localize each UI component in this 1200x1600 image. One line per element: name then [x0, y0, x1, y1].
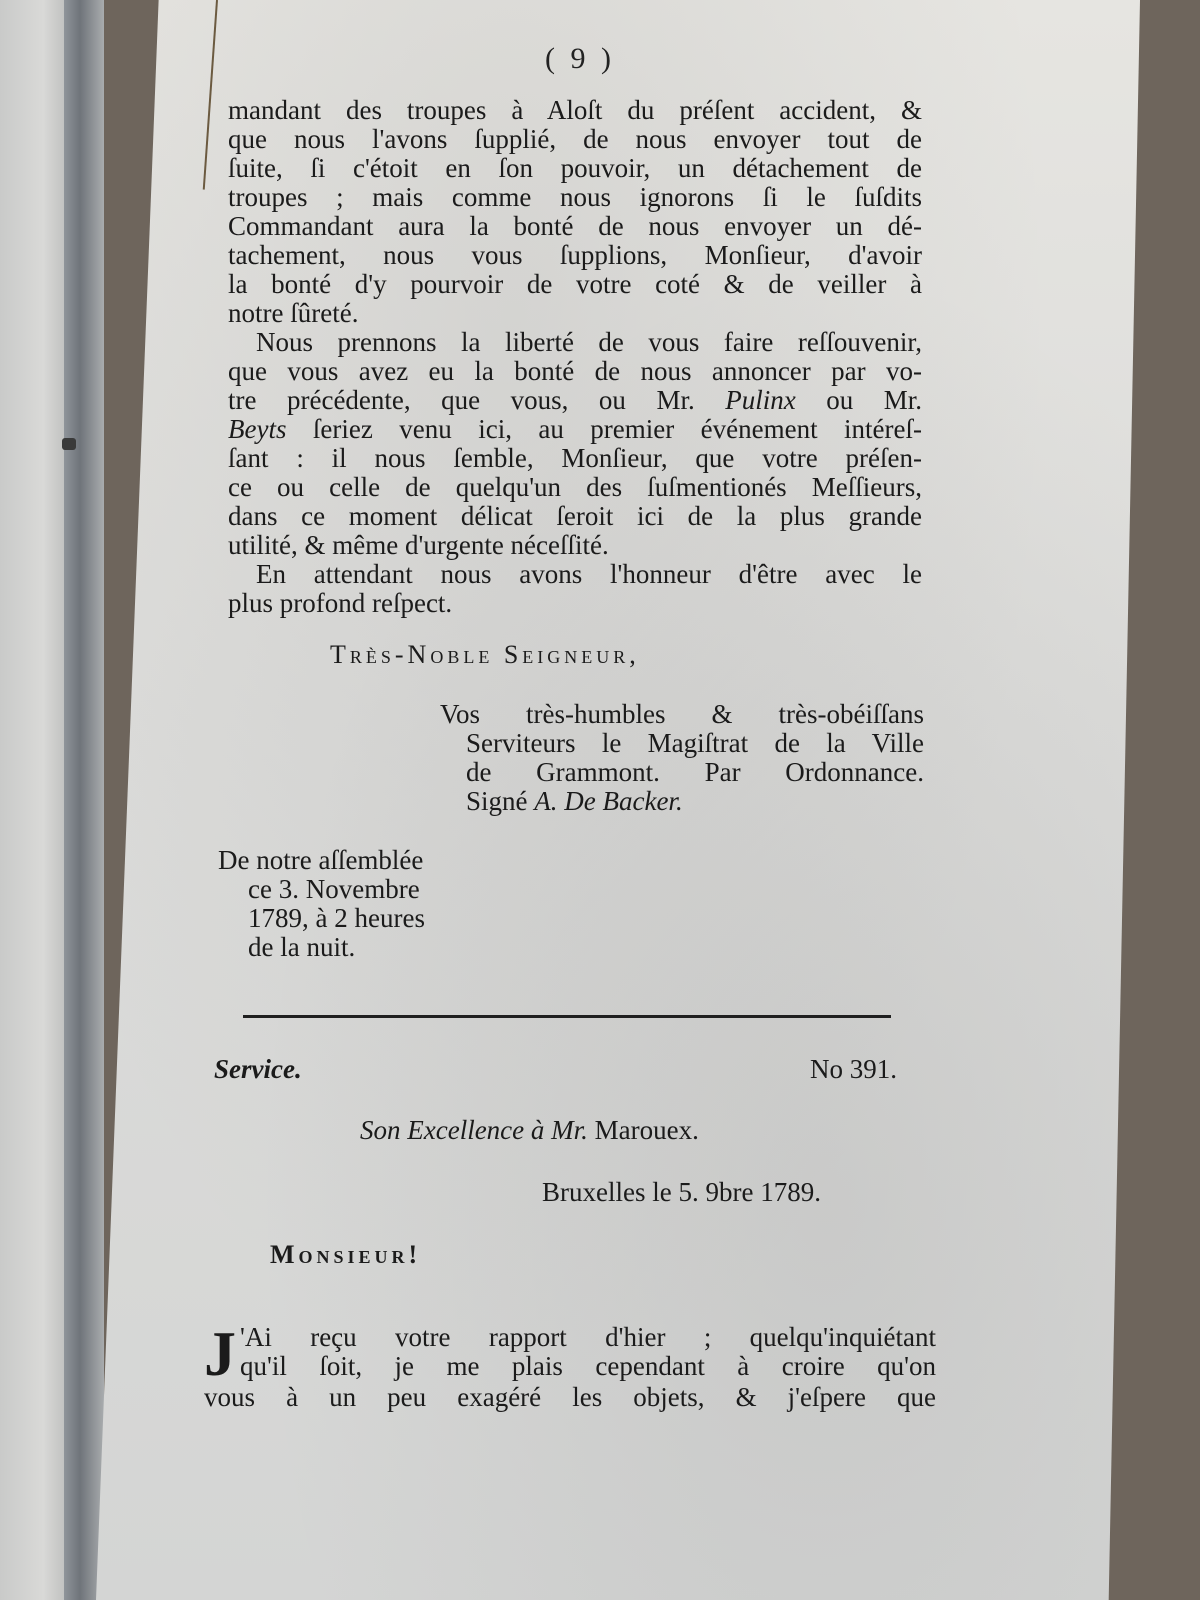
text-line: tachement, nous vous ſupplions, Monſieur…: [228, 241, 922, 270]
text-line: 1789, à 2 heures: [218, 904, 478, 933]
text-line: Signé A. De Backer.: [440, 787, 924, 816]
binding-thread: [62, 438, 76, 450]
signature-block: Vos très-humbles & très-obéiſſans Servit…: [440, 700, 924, 816]
text-line: ſant : il nous ſemble, Monſieur, que vot…: [228, 444, 922, 473]
letter-body-first: mandant des troupes à Aloſt du préſent a…: [228, 96, 922, 618]
text-line: De notre aſſemblée: [218, 846, 478, 875]
salutation: Très-Noble Seigneur,: [330, 640, 640, 669]
text-fragment: ſeriez venu ici, au premier événement in…: [313, 414, 922, 444]
signatory-name: A. De Backer.: [534, 786, 682, 816]
text-line: Vos très-humbles & très-obéiſſans: [440, 700, 924, 729]
text-line: que vous avez eu la bonté de nous annonc…: [228, 357, 922, 386]
person-name: Beyts: [228, 414, 286, 444]
text-fragment: ou Mr.: [826, 385, 922, 415]
text-line: notre ſûreté.: [228, 299, 922, 328]
text-line: Nous prennons la liberté de vous faire r…: [228, 328, 922, 357]
text-fragment: Signé: [466, 786, 528, 816]
greeting: Monsieur!: [270, 1240, 421, 1269]
text-line: En attendant nous avons l'honneur d'être…: [228, 560, 922, 589]
text-line: dans ce moment délicat ſeroit ici de la …: [228, 502, 922, 531]
person-name: Pulinx: [725, 385, 795, 415]
service-label: Service.: [214, 1055, 302, 1084]
date-block: De notre aſſemblée ce 3. Novembre 1789, …: [218, 846, 478, 962]
text-line: ſuite, ſi c'étoit en ſon pouvoir, un dét…: [228, 154, 922, 183]
text-line: Serviteurs le Magiſtrat de la Ville: [440, 729, 924, 758]
text-line: troupes ; mais comme nous ignorons ſi le…: [228, 183, 922, 212]
addressee: Son Excellence à Mr. Marouex.: [360, 1116, 699, 1145]
text-fragment: tre précédente, que vous, ou Mr.: [228, 385, 695, 415]
letter-body-second: J 'Ai reçu votre rapport d'hier ; quelqu…: [204, 1323, 936, 1412]
text-line: Commandant aura la bonté de nous envoyer…: [228, 212, 922, 241]
text-line: de la nuit.: [218, 933, 478, 962]
page-number: ( 9 ): [545, 44, 615, 73]
text-line: la bonté d'y pourvoir de votre coté & de…: [228, 270, 922, 299]
text-line: qu'il ſoit, je me plais cependant à croi…: [204, 1352, 936, 1381]
place-date: Bruxelles le 5. 9bre 1789.: [542, 1178, 821, 1207]
text-line: que nous l'avons ſupplié, de nous envoye…: [228, 125, 922, 154]
page-crease: [203, 0, 218, 190]
text-line: mandant des troupes à Aloſt du préſent a…: [228, 96, 922, 125]
drop-cap: J: [204, 1325, 236, 1383]
text-line: utilité, & même d'urgente néceſſité.: [228, 531, 922, 560]
section-divider: [243, 1015, 891, 1018]
book-gutter: [64, 0, 104, 1600]
text-line: 'Ai reçu votre rapport d'hier ; quelqu'i…: [204, 1323, 936, 1352]
text-line: plus profond reſpect.: [228, 589, 922, 618]
text-line: vous à un peu exagéré les objets, & j'eſ…: [204, 1383, 936, 1412]
text-line: de Grammont. Par Ordonnance.: [440, 758, 924, 787]
text-line: tre précédente, que vous, ou Mr. Pulinx …: [228, 386, 922, 415]
addressee-title: Son Excellence à Mr.: [360, 1115, 588, 1145]
document-number: No 391.: [810, 1055, 897, 1084]
left-facing-page-edge: [0, 0, 72, 1600]
addressee-name: Marouex.: [595, 1115, 699, 1145]
text-line: ce ou celle de quelqu'un des ſuſmentioné…: [228, 473, 922, 502]
text-line: Beyts ſeriez venu ici, au premier événem…: [228, 415, 922, 444]
text-line: ce 3. Novembre: [218, 875, 478, 904]
